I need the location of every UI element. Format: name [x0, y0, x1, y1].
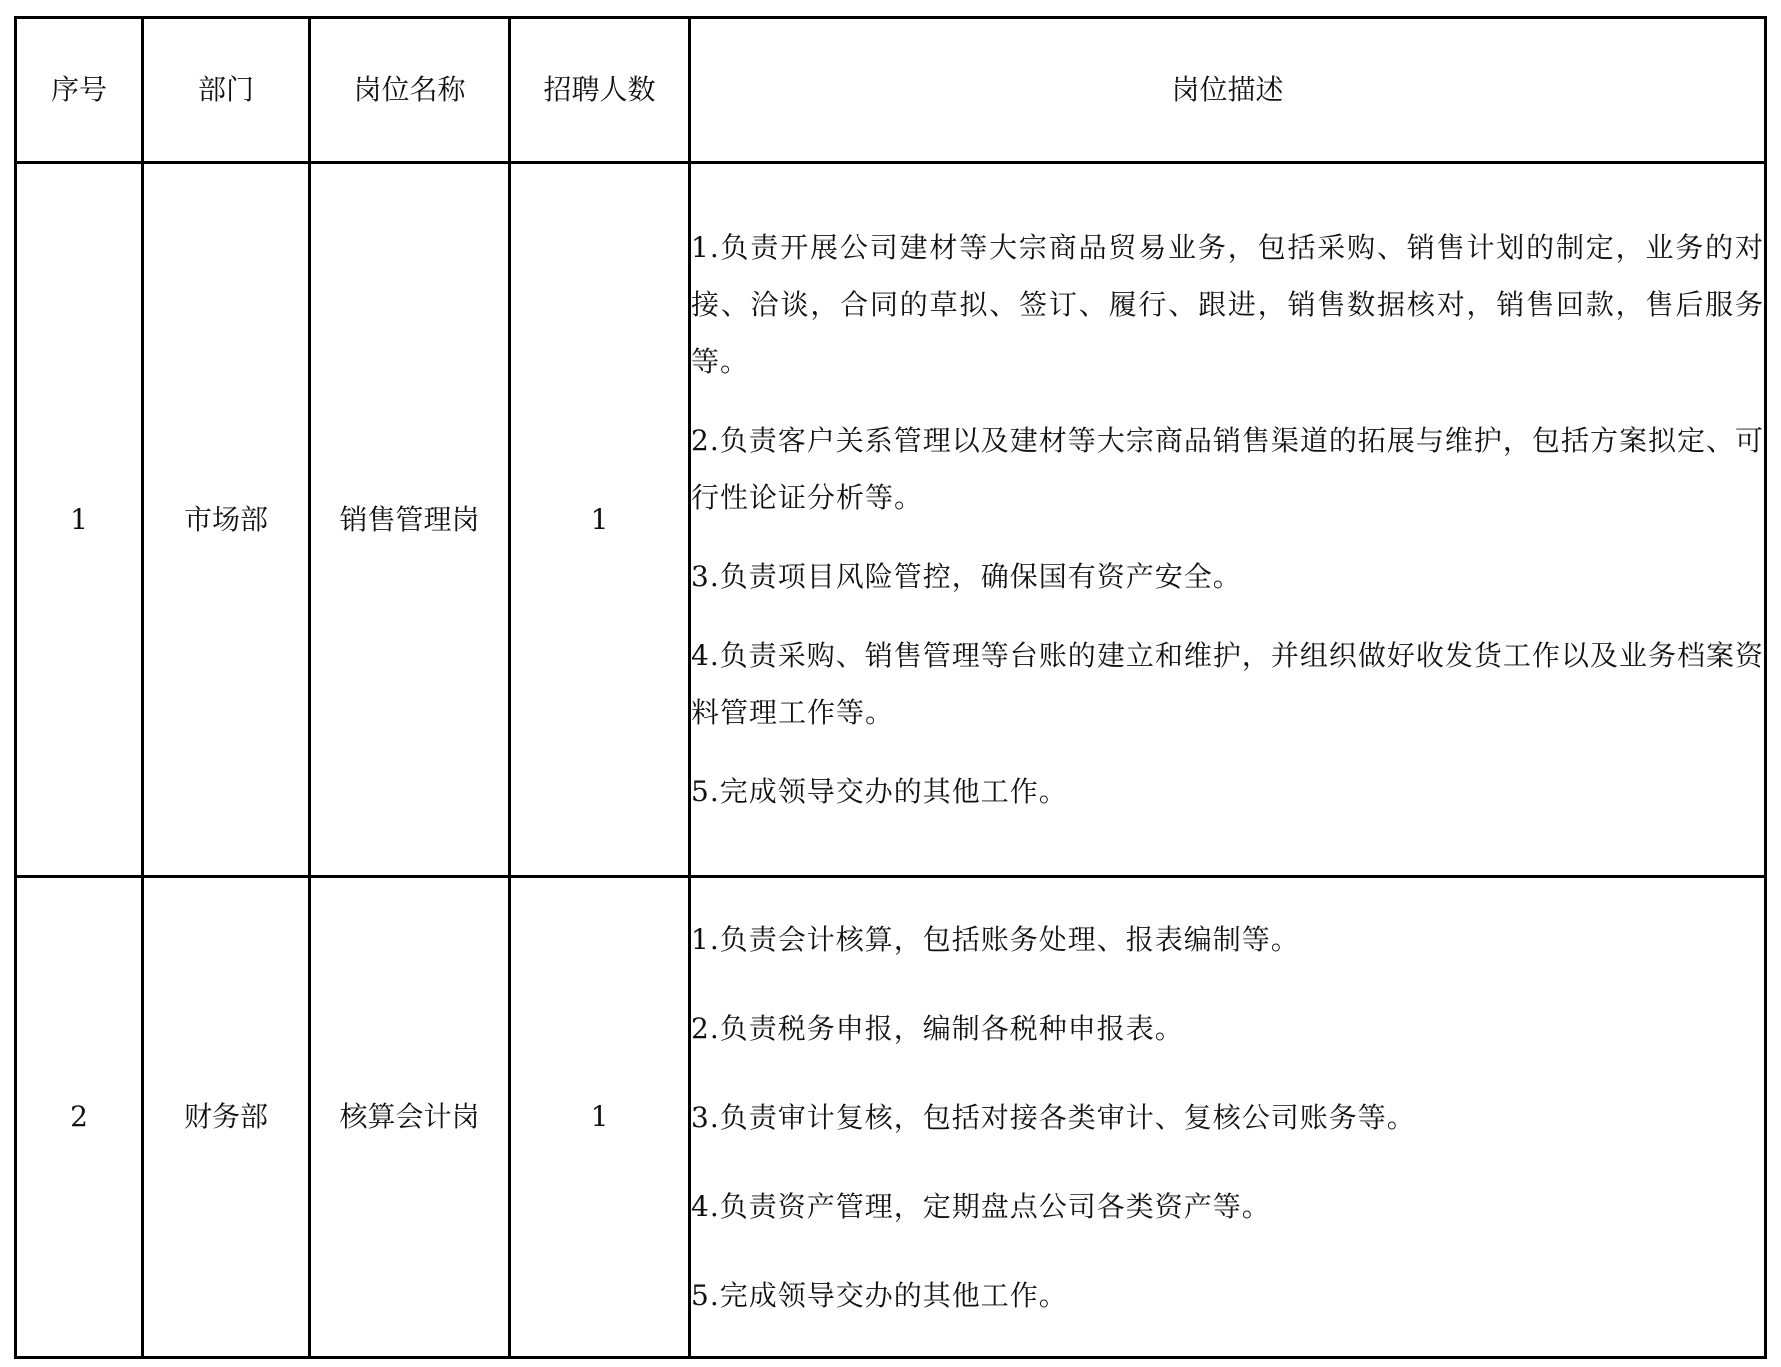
table-row: 1 市场部 销售管理岗 1 1.负责开展公司建材等大宗商品贸易业务，包括采购、销…: [16, 163, 1766, 877]
header-job-description: 岗位描述: [690, 18, 1766, 163]
cell-serial-number: 1: [16, 163, 143, 877]
cell-position-name: 核算会计岗: [310, 877, 510, 1358]
description-item: 1.负责开展公司建材等大宗商品贸易业务，包括采购、销售计划的制定，业务的对接、洽…: [691, 219, 1764, 390]
description-item: 3.负责项目风险管控，确保国有资产安全。: [691, 548, 1764, 605]
description-item: 5.完成领导交办的其他工作。: [691, 1267, 1764, 1324]
description-item: 5.完成领导交办的其他工作。: [691, 763, 1764, 820]
description-item: 2.负责客户关系管理以及建材等大宗商品销售渠道的拓展与维护，包括方案拟定、可行性…: [691, 412, 1764, 526]
description-item: 1.负责会计核算，包括账务处理、报表编制等。: [691, 911, 1764, 968]
header-serial-number: 序号: [16, 18, 143, 163]
table-row: 2 财务部 核算会计岗 1 1.负责会计核算，包括账务处理、报表编制等。 2.负…: [16, 877, 1766, 1358]
cell-department: 财务部: [143, 877, 310, 1358]
table-header-row: 序号 部门 岗位名称 招聘人数 岗位描述: [16, 18, 1766, 163]
cell-job-description: 1.负责开展公司建材等大宗商品贸易业务，包括采购、销售计划的制定，业务的对接、洽…: [690, 163, 1766, 877]
cell-serial-number: 2: [16, 877, 143, 1358]
header-position-name: 岗位名称: [310, 18, 510, 163]
cell-department: 市场部: [143, 163, 310, 877]
cell-job-description: 1.负责会计核算，包括账务处理、报表编制等。 2.负责税务申报，编制各税种申报表…: [690, 877, 1766, 1358]
description-item: 3.负责审计复核，包括对接各类审计、复核公司账务等。: [691, 1089, 1764, 1146]
description-item: 2.负责税务申报，编制各税种申报表。: [691, 1000, 1764, 1057]
cell-headcount: 1: [510, 877, 690, 1358]
header-headcount: 招聘人数: [510, 18, 690, 163]
header-department: 部门: [143, 18, 310, 163]
description-item: 4.负责资产管理，定期盘点公司各类资产等。: [691, 1178, 1764, 1235]
recruitment-table: 序号 部门 岗位名称 招聘人数 岗位描述 1 市场部 销售管理岗 1 1.负责开…: [14, 16, 1767, 1359]
cell-position-name: 销售管理岗: [310, 163, 510, 877]
description-item: 4.负责采购、销售管理等台账的建立和维护，并组织做好收发货工作以及业务档案资料管…: [691, 627, 1764, 741]
cell-headcount: 1: [510, 163, 690, 877]
